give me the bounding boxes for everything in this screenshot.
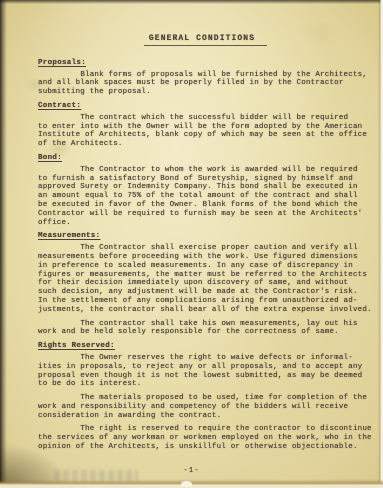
paper-stain (46, 140, 72, 158)
page-title: GENERAL CONDITIONS (144, 35, 267, 46)
paragraph: The contractor shall take his own measur… (38, 320, 373, 338)
document-page: GENERAL CONDITIONS Proposals: Blank form… (0, 0, 383, 488)
section-heading-proposals: Proposals: (38, 59, 373, 68)
paragraph: The right is reserved to require the con… (38, 425, 373, 451)
paper-stain (24, 78, 44, 92)
paragraph: The Contractor to whom the work is award… (38, 166, 373, 228)
page-edge-top (0, 0, 383, 4)
paragraph: The Contractor shall exercise proper cau… (38, 244, 373, 314)
page-edge-left (0, 0, 7, 488)
section-measurements: Measurements: The Contractor shall exerc… (38, 232, 373, 337)
page-content: GENERAL CONDITIONS Proposals: Blank form… (0, 0, 383, 488)
paragraph: Blank forms of proposals will be furnish… (38, 71, 373, 97)
section-proposals: Proposals: Blank forms of proposals will… (38, 59, 373, 97)
paper-stain (300, 20, 340, 46)
paragraph: The Owner reserves the right to waive de… (38, 354, 373, 389)
section-heading-bond: Bond: (38, 154, 373, 163)
section-heading-measurements: Measurements: (38, 232, 373, 241)
paragraph: The contract which the successful bidder… (38, 114, 373, 149)
section-heading-contract: Contract: (38, 102, 373, 111)
paragraph: The materials proposed to be used, time … (38, 394, 373, 420)
page-edge-right (378, 0, 383, 488)
page-edge-notch (181, 481, 192, 487)
section-heading-rights-reserved: Rights Reserved: (38, 342, 373, 351)
section-bond: Bond: The Contractor to whom the work is… (38, 154, 373, 227)
section-contract: Contract: The contract which the success… (38, 102, 373, 149)
section-rights-reserved: Rights Reserved: The Owner reserves the … (38, 342, 373, 452)
